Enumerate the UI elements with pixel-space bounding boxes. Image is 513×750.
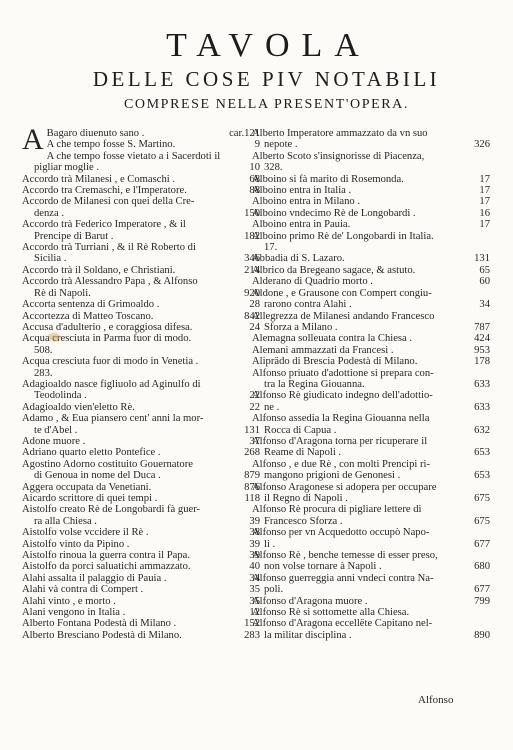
page-subtitle-2: COMPRESE NELLA PRESENT'OPERA.	[0, 97, 513, 113]
entry-text: Alfonso Rè procura di pigliare lettere d…	[252, 504, 490, 515]
index-entry: Alfonso Aragonese si adopera per occupar…	[252, 482, 490, 505]
entry-text: Francesco Sforza .	[264, 516, 465, 527]
entry-text: Alfonso Rè , benche temesse di esser pre…	[252, 550, 490, 561]
index-entry: Alberto Scoto s'insignorisse di Piacenza…	[252, 151, 490, 174]
page-reference: 178	[465, 356, 490, 367]
index-entry: Acqua cresciuta fuor di modo in Venetia …	[22, 356, 260, 379]
page-reference: 675	[465, 516, 490, 527]
index-entry: Adagioaldo vien'eletto Rè.22	[22, 402, 260, 413]
page-reference: 17	[465, 196, 490, 207]
index-entry: Alfonso d'Aragona torna per ricuperare i…	[252, 436, 490, 459]
index-entry: Adagioaldo nasce figliuolo ad Aginulfo d…	[22, 379, 260, 402]
entry-text: Alberto Imperatore ammazzato da vn suo	[252, 128, 490, 139]
page-reference: 632	[465, 425, 490, 436]
entry-text: Rocca di Capua .	[264, 425, 465, 436]
index-entry: Alboino vndecimo Rè de Longobardi .16	[252, 208, 490, 219]
entry-text: Prencipe di Barut .	[34, 231, 235, 242]
index-entry: Alahi assalta il palaggio di Pauia .34	[22, 573, 260, 584]
page-reference: 677	[465, 584, 490, 595]
entry-text: Alboino primo Rè de' Longobardi in Itali…	[252, 231, 490, 242]
entry-text: A che tempo fosse vietato a i Sacerdoti …	[47, 151, 260, 162]
index-entry: Aistolfo da porci saluatichi ammazzato.4…	[22, 561, 260, 572]
page-reference: 799	[465, 596, 490, 607]
entry-text: Alberto Scoto s'insignorisse di Piacenza…	[252, 151, 490, 162]
entry-text: Alfonso , e due Rè , con molti Prencipi …	[252, 459, 490, 470]
entry-text: la militar disciplina .	[264, 630, 465, 641]
entry-text: Alboino si fà marito di Rosemonda.	[252, 174, 465, 185]
page-reference: 653	[465, 447, 490, 458]
page-reference: 424	[465, 333, 490, 344]
index-entry: A che tempo fosse vietato a i Sacerdoti …	[22, 151, 260, 174]
entry-text: non volse tornare à Napoli .	[264, 561, 465, 572]
index-entry: Alfonso assedia la Regina Giouanna nella…	[252, 413, 490, 436]
index-entry: Aistolfo volse vccidere il Rè .38	[22, 527, 260, 538]
index-entry: Allegrezza de Milanesi andando Francesco…	[252, 311, 490, 334]
page-reference: 633	[465, 379, 490, 390]
index-entry: Alderano di Quadrio morto .60	[252, 276, 490, 287]
index-entry: Aliprädo di Brescia Podestà di Milano.17…	[252, 356, 490, 367]
page-reference: 787	[465, 322, 490, 333]
index-entry: Agostino Adorno costituito Gouernatoredi…	[22, 459, 260, 482]
entry-text: Accordo trà Milanesi , e Comaschi .	[22, 174, 235, 185]
entry-text: Alfonso Aragonese si adopera per occupar…	[252, 482, 490, 493]
page-reference: 675	[465, 493, 490, 504]
entry-text: Alboino entra in Milano .	[252, 196, 465, 207]
entry-text: Aistolfo creato Rè de Longobardi fà guer…	[22, 504, 260, 515]
page-reference: 677	[465, 539, 490, 550]
entry-text: Aggera occupata da Venetiani.	[22, 482, 235, 493]
entry-text: Alfonso priuato d'adottione si prepara c…	[252, 368, 490, 379]
index-entry: Adriano quarto eletto Pontefice .268	[22, 447, 260, 458]
entry-text: Alfonso guerreggia anni vndeci contra Na…	[252, 573, 490, 584]
entry-text: Adagioaldo nasce figliuolo ad Aginulfo d…	[22, 379, 260, 390]
index-entry: Alberto Fontana Podestà di Milano .152	[22, 618, 260, 629]
index-entry: Accordo tra Cremaschi, e l'Imperatore.88	[22, 185, 260, 196]
page-reference: 17	[465, 219, 490, 230]
entry-text: il Regno di Napoli .	[264, 493, 465, 504]
entry-text: Alemani ammazzati da Francesi .	[252, 345, 465, 356]
index-entry: Alboino si fà marito di Rosemonda.17	[252, 174, 490, 185]
entry-text: 283.	[34, 368, 260, 379]
entry-text: Albrico da Bregeano sagace, & astuto.	[252, 265, 465, 276]
index-column-left: ABagaro diuenuto sano .car.121A che temp…	[22, 128, 260, 641]
index-entry: Alberto Bresciano Podestà di Milano.283	[22, 630, 260, 641]
entry-text: 508.	[34, 345, 260, 356]
index-entry: Alfonso Rè , benche temesse di esser pre…	[252, 550, 490, 573]
entry-text: ne .	[264, 402, 465, 413]
entry-text: Alfonso d'Aragona torna per ricuperare i…	[252, 436, 490, 447]
index-entry: Aistolfo creato Rè de Longobardi fà guer…	[22, 504, 260, 527]
entry-text: Aistolfo da porci saluatichi ammazzato.	[22, 561, 235, 572]
index-entry: Alfonso d'Aragona eccellëte Capitano nel…	[252, 618, 490, 641]
index-entry: A che tempo fosse S. Martino.9	[22, 139, 260, 150]
page-reference: 633	[465, 402, 490, 413]
entry-text: Accordo trà il Soldano, e Christiani.	[22, 265, 235, 276]
index-entry: Accordo trà il Soldano, e Christiani.214	[22, 265, 260, 276]
index-entry: Alfonso Rè si sottomette alla Chiesa.	[252, 607, 490, 618]
entry-text: Alfonso d'Aragona eccellëte Capitano nel…	[252, 618, 490, 629]
entry-text: Alderano di Quadrio morto .	[252, 276, 465, 287]
entry-text: Sforza a Milano .	[264, 322, 465, 333]
page-reference: 890	[465, 630, 490, 641]
entry-text: Alberto Fontana Podestà di Milano .	[22, 618, 235, 629]
index-entry: Alfonso , e due Rè , con molti Prencipi …	[252, 459, 490, 482]
page-reference: 65	[465, 265, 490, 276]
entry-text: Aistolfo volse vccidere il Rè .	[22, 527, 235, 538]
page-title: TAVOLA	[0, 27, 513, 65]
entry-text: nepote .	[264, 139, 465, 150]
index-entry: Alemagna solleuata contra la Chiesa .424	[252, 333, 490, 344]
catchword: Alfonso	[418, 694, 453, 706]
index-entry: Alboino entra in Milano .17	[252, 196, 490, 207]
page-reference: 34	[465, 299, 490, 310]
page-reference: 16	[465, 208, 490, 219]
entry-text: Alfonso d'Aragona muore .	[252, 596, 465, 607]
index-entry: Accusa d'adulterio , e coraggiosa difesa…	[22, 322, 260, 333]
paper-stain	[48, 333, 60, 341]
index-entry: Adamo , & Eua piansero cent' anni la mor…	[22, 413, 260, 436]
entry-text: Alfonso per vn Acquedotto occupò Napo-	[252, 527, 490, 538]
index-entry: Alahi vinto , e morto .35	[22, 596, 260, 607]
entry-text: poli.	[264, 584, 465, 595]
entry-text: Accorta sentenza di Grimoaldo .	[22, 299, 235, 310]
entry-text: Allegrezza de Milanesi andando Francesco	[252, 311, 490, 322]
page-reference: 326	[465, 139, 490, 150]
entry-text: Teodolinda .	[34, 390, 235, 401]
entry-text: Accordo trà Alessandro Papa , & Alfonso	[22, 276, 260, 287]
entry-text: Aicardo scrittore di quei tempi .	[22, 493, 235, 504]
entry-text: Agostino Adorno costituito Gouernatore	[22, 459, 260, 470]
index-column-right: Alberto Imperatore ammazzato da vn suone…	[252, 128, 490, 641]
page-reference: 680	[465, 561, 490, 572]
index-entry: Alfonso guerreggia anni vndeci contra Na…	[252, 573, 490, 596]
entry-text: Adagioaldo vien'eletto Rè.	[22, 402, 235, 413]
entry-text: Adone muore .	[22, 436, 235, 447]
index-entry: Alfonso Rè procura di pigliare lettere d…	[252, 504, 490, 527]
entry-text: Accortezza di Matteo Toscano.	[22, 311, 235, 322]
entry-text: li .	[264, 539, 465, 550]
entry-text: Aldone , e Grausone con Compert congiu-	[252, 288, 490, 299]
entry-text: Alboino entra in Italia .	[252, 185, 465, 196]
index-entry: Accordo trà Alessandro Papa , & AlfonsoR…	[22, 276, 260, 299]
index-entry: Alemani ammazzati da Francesi .953	[252, 345, 490, 356]
index-entry: Accordo trà Federico Imperatore , & ilPr…	[22, 219, 260, 242]
index-entry: Aistolfo vinto da Pipino .39	[22, 539, 260, 550]
page-reference: 131	[465, 253, 490, 264]
entry-text: Aistolfo rinoua la guerra contra il Papa…	[22, 550, 235, 561]
index-entry: Accortezza di Matteo Toscano.842	[22, 311, 260, 322]
entry-text: Adriano quarto eletto Pontefice .	[22, 447, 235, 458]
entry-text: 328.	[264, 162, 490, 173]
entry-text: Alboino vndecimo Rè de Longobardi .	[252, 208, 465, 219]
entry-text: tra la Regina Giouanna.	[264, 379, 465, 390]
entry-text: Bagaro diuenuto sano .	[47, 128, 226, 139]
entry-text: Acqua cresciuta fuor di modo in Venetia …	[22, 356, 260, 367]
index-entry: Accordo trà Turriani , & il Rè Roberto d…	[22, 242, 260, 265]
entry-text: di Genoua in nome del Duca .	[34, 470, 235, 481]
entry-text: Accusa d'adulterio , e coraggiosa difesa…	[22, 322, 235, 333]
entry-text: denza .	[34, 208, 235, 219]
entry-text: Alfonso Rè si sottomette alla Chiesa.	[252, 607, 490, 618]
index-entry: Adone muore .37	[22, 436, 260, 447]
entry-text: Alani vengono in Italia .	[22, 607, 235, 618]
index-entry: Alberto Imperatore ammazzato da vn suone…	[252, 128, 490, 151]
index-entry: ABagaro diuenuto sano .car.121	[22, 128, 260, 139]
page-reference: 953	[465, 345, 490, 356]
entry-text: Reame di Napoli .	[264, 447, 465, 458]
entry-text: mangono prigioni de Genonesi .	[264, 470, 465, 481]
entry-text: Accordo tra Cremaschi, e l'Imperatore.	[22, 185, 235, 196]
entry-text: Accordo trà Turriani , & il Rè Roberto d…	[22, 242, 260, 253]
index-entry: Alboino primo Rè de' Longobardi in Itali…	[252, 231, 490, 254]
index-entry: Aldone , e Grausone con Compert congiu-r…	[252, 288, 490, 311]
index-entry: Aicardo scrittore di quei tempi .118	[22, 493, 260, 504]
entry-text: Accordo trà Federico Imperatore , & il	[22, 219, 260, 230]
entry-text: Accordo de Milanesi con quei della Cre-	[22, 196, 260, 207]
index-entry: Alani vengono in Italia .12	[22, 607, 260, 618]
entry-text: te d'Abel .	[34, 425, 235, 436]
index-entry: Alfonso priuato d'adottione si prepara c…	[252, 368, 490, 391]
entry-text: Alahi và contra di Compert .	[22, 584, 235, 595]
entry-text: Alfonso Rè giudicato indegno dell'adotti…	[252, 390, 490, 401]
page-reference: 60	[465, 276, 490, 287]
index-entry: Abbadia di S. Lazaro.131	[252, 253, 490, 264]
page-reference: 17	[465, 185, 490, 196]
index-entry: Alboino entra in Pauia.17	[252, 219, 490, 230]
entry-text: Aistolfo vinto da Pipino .	[22, 539, 235, 550]
index-entry: Accordo de Milanesi con quei della Cre-d…	[22, 196, 260, 219]
page-subtitle: DELLE COSE PIV NOTABILI	[0, 67, 513, 92]
index-entry: Accordo trà Milanesi , e Comaschi .68	[22, 174, 260, 185]
index-entry: Aggera occupata da Venetiani.876	[22, 482, 260, 493]
index-entry: Alfonso d'Aragona muore .799	[252, 596, 490, 607]
entry-text: ra alla Chiesa .	[34, 516, 235, 527]
entry-text: Rè di Napoli.	[34, 288, 235, 299]
index-entry: Alahi và contra di Compert .35	[22, 584, 260, 595]
page-reference: 653	[465, 470, 490, 481]
entry-text: rarono contra Alahi .	[264, 299, 465, 310]
index-entry: Alboino entra in Italia .17	[252, 185, 490, 196]
page-reference: 17	[465, 174, 490, 185]
entry-text: Abbadia di S. Lazaro.	[252, 253, 465, 264]
entry-text: 17.	[264, 242, 490, 253]
index-entry: Accorta sentenza di Grimoaldo .28	[22, 299, 260, 310]
entry-text: Alemagna solleuata contra la Chiesa .	[252, 333, 465, 344]
entry-text: pigliar moglie .	[34, 162, 235, 173]
entry-text: Alfonso assedia la Regina Giouanna nella	[252, 413, 490, 424]
index-entry: Alfonso per vn Acquedotto occupò Napo-li…	[252, 527, 490, 550]
entry-text: Adamo , & Eua piansero cent' anni la mor…	[22, 413, 260, 424]
entry-text: Alberto Bresciano Podestà di Milano.	[22, 630, 235, 641]
entry-text: Sicilia .	[34, 253, 235, 264]
index-entry: Albrico da Bregeano sagace, & astuto.65	[252, 265, 490, 276]
entry-text: Alahi vinto , e morto .	[22, 596, 235, 607]
entry-text: A che tempo fosse S. Martino.	[47, 139, 235, 150]
entry-text: Aliprädo di Brescia Podestà di Milano.	[252, 356, 465, 367]
index-entry: Alfonso Rè giudicato indegno dell'adotti…	[252, 390, 490, 413]
entry-text: Alahi assalta il palaggio di Pauia .	[22, 573, 235, 584]
index-entry: Aistolfo rinoua la guerra contra il Papa…	[22, 550, 260, 561]
entry-text: Alboino entra in Pauia.	[252, 219, 465, 230]
